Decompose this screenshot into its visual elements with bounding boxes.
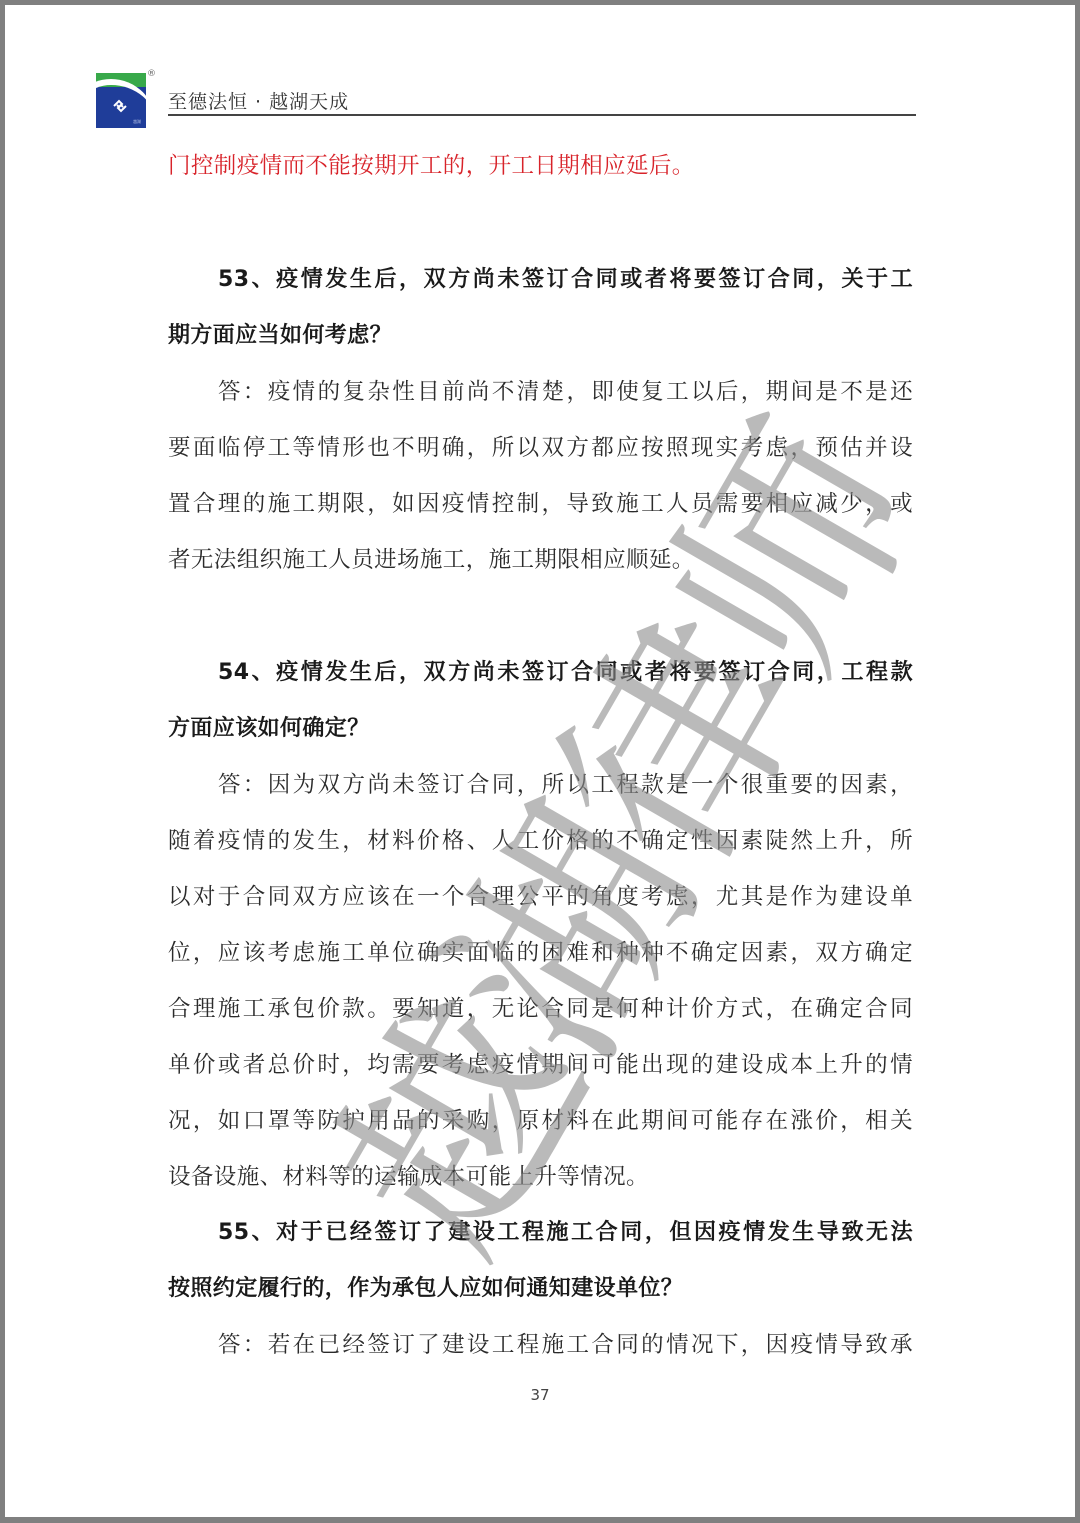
answer-54-line-6: 单价或者总价时，均需要考虑疫情期间可能出现的建设成本上升的情 [168,1050,913,1080]
logo-caption: 越湖 [133,119,141,125]
answer-53-line-3: 置合理的施工期限，如因疫情控制，导致施工人员需要相应减少，或 [168,489,913,519]
question-54-line-1: 54、疫情发生后，双方尚未签订合同或者将要签订合同，工程款 [218,658,913,688]
header-title: 至德法恒 · 越湖天成 [168,87,349,114]
question-55-line-2: 按照约定履行的，作为承包人应如何通知建设单位？ [168,1274,913,1304]
question-55-line-1: 55、对于已经签订了建设工程施工合同，但因疫情发生导致无法 [218,1218,913,1248]
answer-54-line-3: 以对于合同双方应该在一个合理公平的角度考虑，尤其是作为建设单 [168,882,913,912]
continuation-text: 门控制疫情而不能按期开工的，开工日期相应延后。 [168,151,913,181]
document-page: 越湖 ® 至德法恒 · 越湖天成 门控制疫情而不能按期开工的，开工日期相应延后。… [5,5,1075,1517]
header-divider [168,114,916,116]
answer-53-line-1: 答：疫情的复杂性目前尚不清楚，即使复工以后，期间是不是还 [218,377,913,407]
registered-mark: ® [147,69,156,79]
question-53-line-2: 期方面应当如何考虑？ [168,321,913,351]
answer-54-line-7: 况，如口罩等防护用品的采购，原材料在此期间可能存在涨价，相关 [168,1106,913,1136]
answer-53-line-4: 者无法组织施工人员进场施工，施工期限相应顺延。 [168,545,913,575]
question-54-line-2: 方面应该如何确定？ [168,714,913,744]
page-number: 37 [5,1386,1075,1404]
answer-54-line-1: 答：因为双方尚未签订合同，所以工程款是一个很重要的因素， [218,770,913,800]
answer-54-line-8: 设备设施、材料等的运输成本可能上升等情况。 [168,1162,913,1192]
answer-55-line-1: 答：若在已经签订了建设工程施工合同的情况下，因疫情导致承 [218,1330,913,1360]
question-53-line-1: 53、疫情发生后，双方尚未签订合同或者将要签订合同，关于工 [218,265,913,295]
answer-54-line-5: 合理施工承包价款。要知道，无论合同是何种计价方式，在确定合同 [168,994,913,1024]
answer-53-line-2: 要面临停工等情形也不明确，所以双方都应按照现实考虑，预估并设 [168,433,913,463]
firm-logo: 越湖 [96,73,146,128]
logo-diamond-icon [108,97,132,115]
answer-54-line-2: 随着疫情的发生，材料价格、人工价格的不确定性因素陡然上升，所 [168,826,913,856]
answer-54-line-4: 位，应该考虑施工单位确实面临的困难和种种不确定因素，双方确定 [168,938,913,968]
